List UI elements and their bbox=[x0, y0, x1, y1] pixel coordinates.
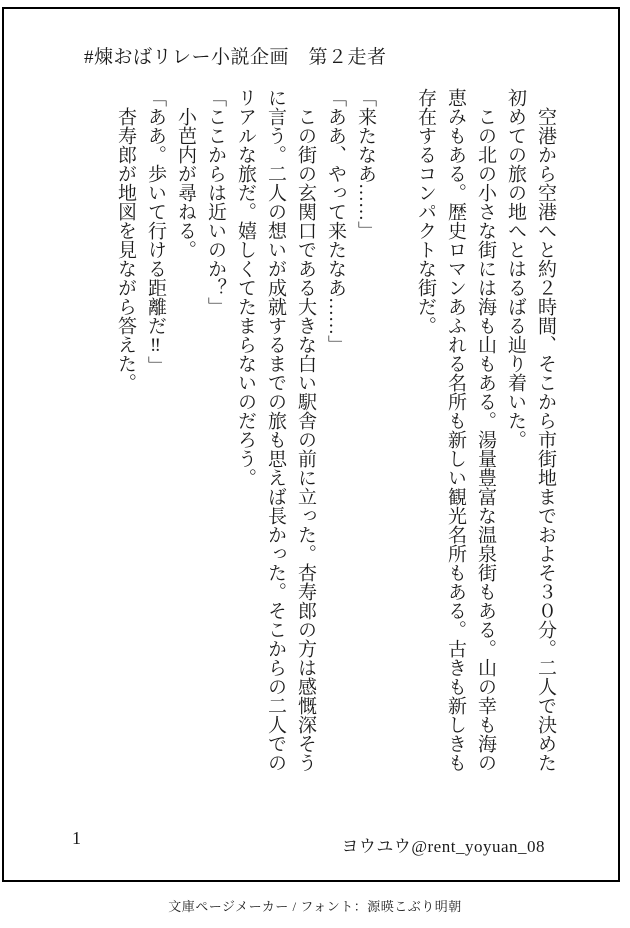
novel-line: に言う。二人の想いが成就するまでの旅も思えば長かった。そこからの二人での bbox=[260, 88, 290, 820]
novel-line: 杏寿郎が地図を見ながら答えた。 bbox=[110, 88, 140, 820]
novel-line-blank bbox=[380, 88, 410, 820]
novel-line: この街の玄関口である大きな白い駅舎の前に立った。杏寿郎の方は感慨深そう bbox=[290, 88, 320, 820]
novel-line: 「ここからは近いのか？」 bbox=[200, 88, 230, 820]
episode-header: #煉おばリレー小説企画 第２走者 bbox=[84, 42, 387, 69]
novel-line: 存在するコンパクトな街だ。 bbox=[410, 88, 440, 820]
page-sheet: #煉おばリレー小説企画 第２走者 空港から空港へと約２時間、そこから市街地までお… bbox=[0, 0, 630, 928]
novel-body: 空港から空港へと約２時間、そこから市街地までおよそ３０分。二人で決めた 初めての… bbox=[110, 88, 560, 820]
novel-line: 「ああ。歩いて行ける距離だ‼」 bbox=[140, 88, 170, 820]
generator-caption: 文庫ページメーカー / フォント：源暎こぶり明朝 bbox=[0, 896, 630, 915]
novel-line: リアルな旅だ。嬉しくてたまらないのだろう。 bbox=[230, 88, 260, 820]
novel-line: 「ああ、やって来たなあ……」 bbox=[320, 88, 350, 820]
novel-line: 空港から空港へと約２時間、そこから市街地までおよそ３０分。二人で決めた bbox=[530, 88, 560, 820]
author-credit: ヨウユウ@rent_yoyuan_08 bbox=[341, 832, 545, 857]
page-number: 1 bbox=[72, 828, 81, 849]
novel-line: 「来たなあ……」 bbox=[350, 88, 380, 820]
novel-line: 初めての旅の地へとはるばる辿り着いた。 bbox=[500, 88, 530, 820]
novel-line: 恵みもある。歴史ロマンあふれる名所も新しい観光名所もある。古きも新しきも bbox=[440, 88, 470, 820]
novel-line: 小芭内が尋ねる。 bbox=[170, 88, 200, 820]
novel-line: この北の小さな街には海も山もある。湯量豊富な温泉街もある。山の幸も海の bbox=[470, 88, 500, 820]
